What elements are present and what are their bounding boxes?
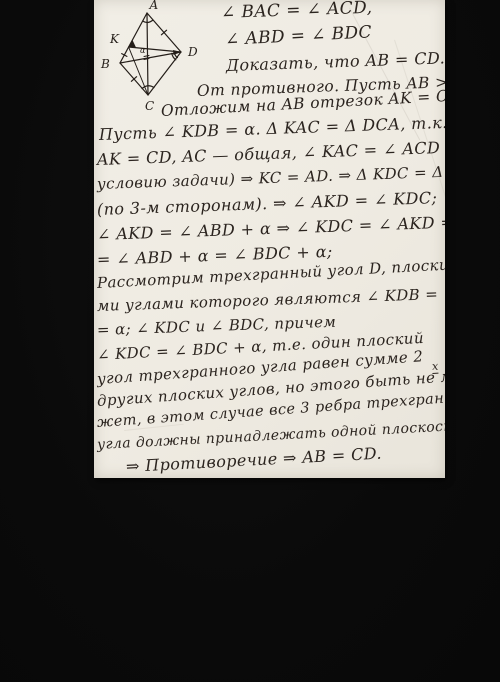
vertex-label-a: A bbox=[149, 0, 159, 12]
handwritten-line: ⇒ Противоречие ⇒ AB = CD. bbox=[126, 446, 383, 475]
vertex-label-k: K bbox=[109, 32, 120, 46]
handwritten-line: Доказать, что AB = CD. bbox=[226, 50, 445, 74]
paper-sheet: A K B C D α ∠ BAC = ∠ ACD, ∠ ABD = ∠ BDC… bbox=[94, 0, 445, 478]
handwritten-line: условию задачи) ⇒ KC = AD. ⇒ Δ KDC = Δ K… bbox=[97, 163, 445, 191]
handwritten-line: ми углами которого являются ∠ KDB = bbox=[97, 287, 439, 314]
alpha-label: α bbox=[140, 46, 146, 55]
angle-arc-a bbox=[143, 20, 153, 23]
vertex-label-d: D bbox=[187, 45, 198, 59]
handwritten-line: ∠ AKD = ∠ ABD + α ⇒ ∠ KDC = ∠ AKD = bbox=[97, 215, 445, 243]
superscript-x: х bbox=[432, 360, 439, 374]
handwritten-line: ∠ ABD = ∠ BDC bbox=[225, 24, 373, 49]
handwritten-line: ∠ BAC = ∠ ACD, bbox=[221, 0, 373, 22]
angle-wedge-k bbox=[129, 40, 136, 48]
handwritten-line: (по 3-м сторонам). ⇒ ∠ AKD = ∠ KDC; bbox=[97, 190, 438, 218]
vertex-label-b: B bbox=[100, 57, 110, 71]
edge-cd bbox=[148, 52, 181, 95]
scanned-page: A K B C D α ∠ BAC = ∠ ACD, ∠ ABD = ∠ BDC… bbox=[0, 0, 500, 682]
tick-ac-1 bbox=[144, 56, 149, 57]
diagonal-ac bbox=[147, 13, 148, 95]
vertex-label-c: C bbox=[145, 99, 154, 113]
geometry-diagram: A K B C D α bbox=[99, 0, 211, 114]
handwritten-line: AK = CD, AC — общая, ∠ KAC = ∠ ACD (по bbox=[97, 139, 445, 168]
